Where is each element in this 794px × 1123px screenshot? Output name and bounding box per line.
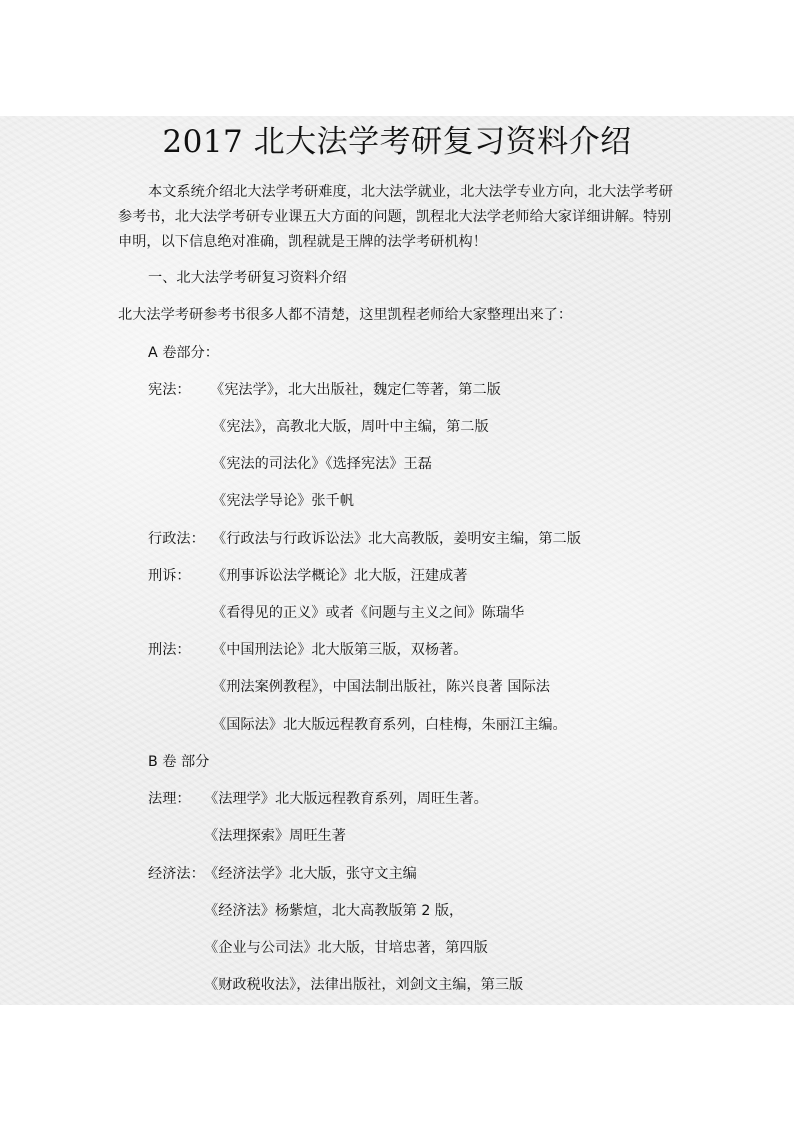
book-entry: 《刑事诉讼法学概论》北大版，汪建成著 [212,566,467,586]
book-entry: 《刑法案例教程》，中国法制出版社，陈兴良著 国际法 [212,677,550,697]
part-b-heading: B 卷 部分 [148,752,209,772]
section-heading: 一、北大法学考研复习资料介绍 [148,268,347,288]
intro-paragraph: 本文系统介绍北大法学考研难度，北大法学就业，北大法学专业方向，北大法学考研参考书… [118,180,674,255]
book-entry: 《宪法学》，北大出版社，魏定仁等著，第二版 [210,380,501,400]
document-title: 2017 北大法学考研复习资料介绍 [0,122,794,162]
book-entry: 《法理学》北大版远程教育系列，周旺生著。 [204,789,488,809]
book-entry: 《看得见的正义》或者《问题与主义之间》陈瑞华 [212,603,524,623]
subject-label-constitution: 宪法： [148,380,191,400]
book-entry: 《宪法的司法化》《选择宪法》王磊 [212,454,432,474]
lead-sentence: 北大法学考研参考书很多人都不清楚，这里凯程老师给大家整理出来了： [118,305,572,325]
subject-label-economic-law: 经济法： [148,864,205,884]
book-entry: 《财政税收法》，法律出版社，刘剑文主编，第三版 [204,975,523,995]
subject-label-criminal-law: 刑法： [148,640,191,660]
book-entry: 《宪法学导论》张千帆 [212,491,354,511]
subject-label-criminal-procedure: 刑诉： [148,566,191,586]
subject-label-jurisprudence: 法理： [148,789,191,809]
book-entry: 《国际法》北大版远程教育系列，白桂梅，朱丽江主编。 [212,715,567,735]
subject-label-administrative-law: 行政法： [148,529,205,549]
book-entry: 《企业与公司法》北大版，甘培忠著，第四版 [204,938,488,958]
book-entry: 《经济法》杨紫煊，北大高教版第 2 版， [204,901,463,921]
book-entry: 《法理探索》周旺生著 [204,826,346,846]
part-a-heading: A 卷部分： [148,343,219,363]
book-entry: 《中国刑法论》北大版第三版，双杨著。 [212,640,467,660]
book-entry: 《行政法与行政诉讼法》北大高教版，姜明安主编，第二版 [212,529,581,549]
book-entry: 《经济法学》北大版，张守文主编 [204,864,417,884]
book-entry: 《宪法》，高教北大版，周叶中主编，第二版 [212,417,489,437]
